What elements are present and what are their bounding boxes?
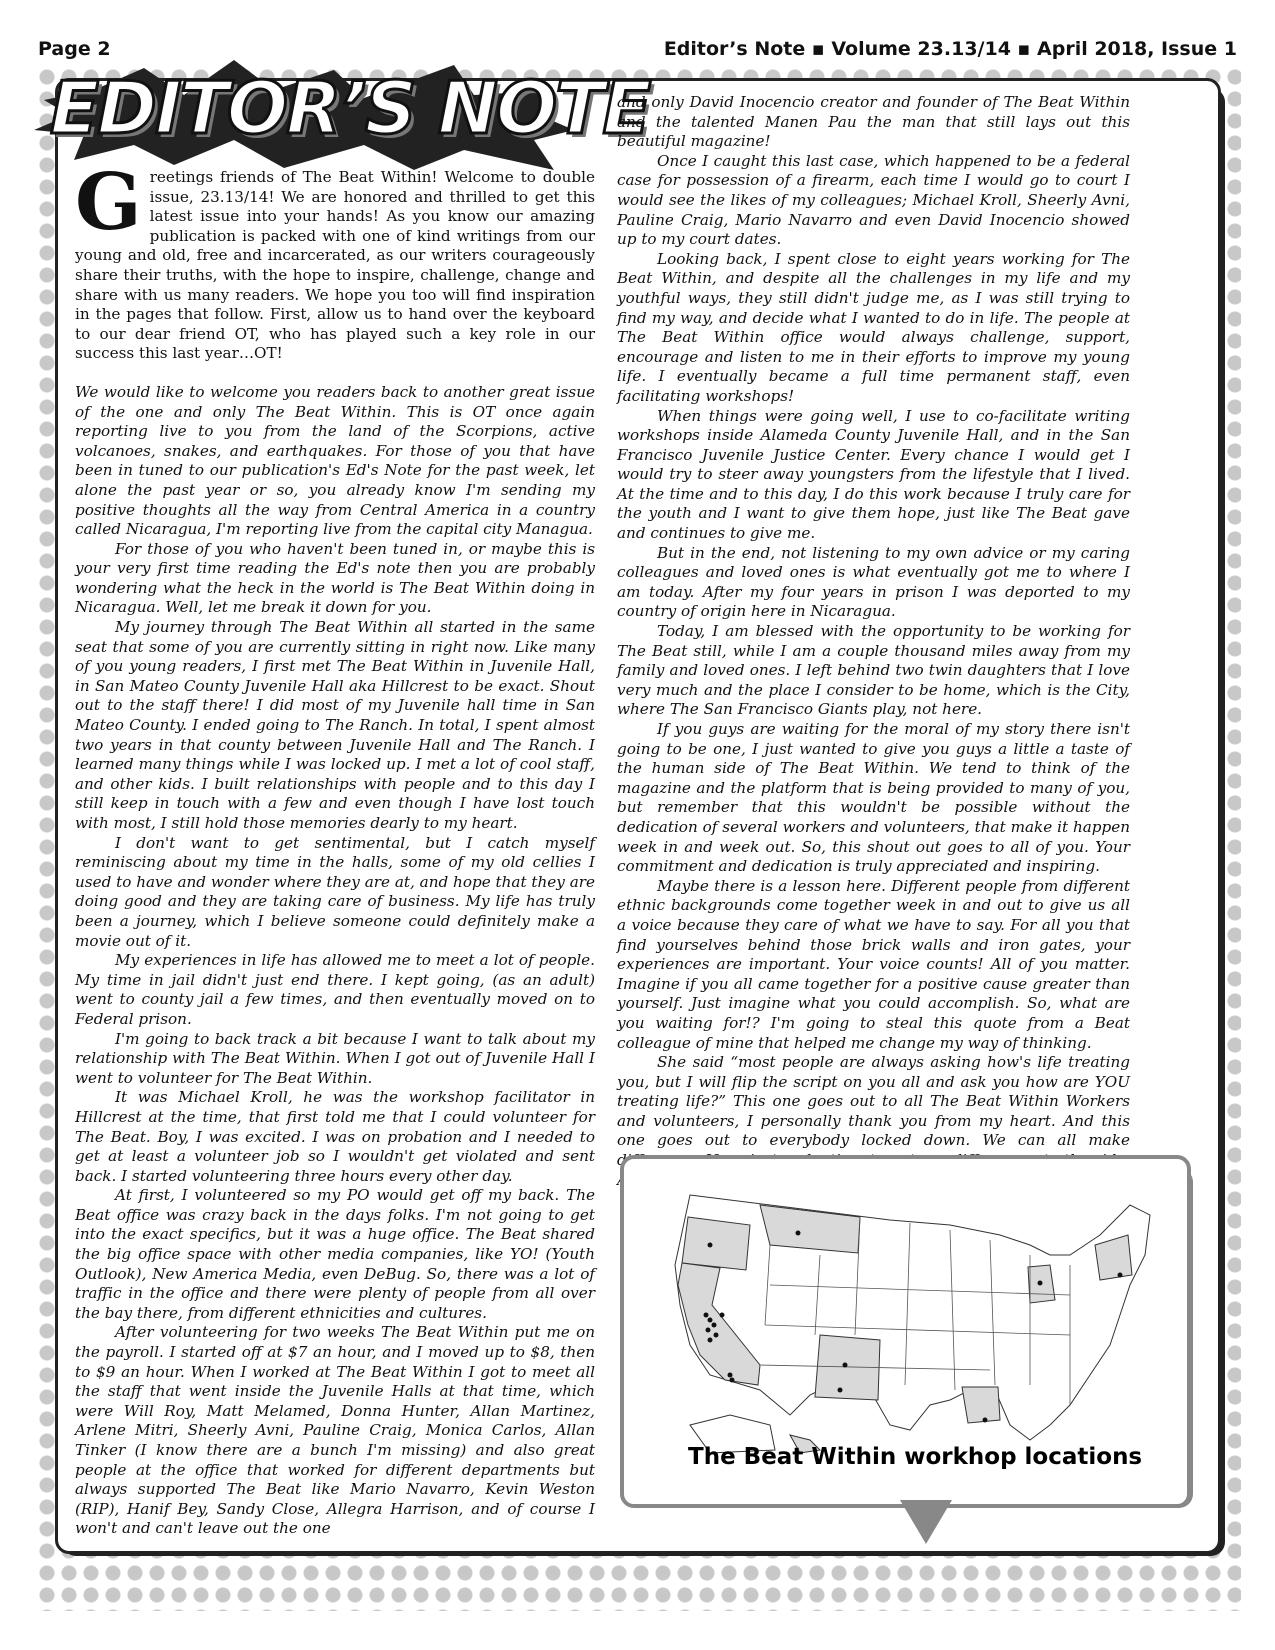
article-paragraph: Looking back, I spent close to eight yea… bbox=[617, 250, 1130, 407]
article-paragraph: But in the end, not listening to my own … bbox=[617, 544, 1130, 622]
intro-paragraph: reetings friends of The Beat Within! Wel… bbox=[75, 168, 595, 362]
article-paragraph: For those of you who haven't been tuned … bbox=[75, 540, 595, 618]
article-paragraph: It was Michael Kroll, he was the worksho… bbox=[75, 1088, 595, 1186]
article-paragraph: If you guys are waiting for the moral of… bbox=[617, 720, 1130, 877]
speech-bubble-pointer bbox=[900, 1500, 952, 1544]
article-paragraph: At first, I volunteered so my PO would g… bbox=[75, 1186, 595, 1323]
article-paragraph: After volunteering for two weeks The Bea… bbox=[75, 1323, 595, 1539]
article-paragraph: I don't want to get sentimental, but I c… bbox=[75, 834, 595, 952]
article-paragraph: Once I caught this last case, which happ… bbox=[617, 152, 1130, 250]
right-column: and only David Inocencio creator and fou… bbox=[617, 93, 1130, 1190]
us-map-icon bbox=[650, 1175, 1170, 1455]
article-paragraph: Maybe there is a lesson here. Different … bbox=[617, 877, 1130, 1053]
running-header: Editor’s Note ▪ Volume 23.13/14 ▪ April … bbox=[664, 38, 1237, 60]
article-paragraph: I'm going to back track a bit because I … bbox=[75, 1030, 595, 1089]
map-caption: The Beat Within workhop locations bbox=[688, 1444, 1142, 1470]
article-paragraph: We would like to welcome you readers bac… bbox=[75, 383, 595, 540]
article-paragraph: My experiences in life has allowed me to… bbox=[75, 951, 595, 1029]
page-title: EDITOR’S NOTE bbox=[50, 66, 650, 150]
page-number: Page 2 bbox=[38, 38, 111, 60]
article-paragraph: When things were going well, I use to co… bbox=[617, 407, 1130, 544]
article-paragraph: Today, I am blessed with the opportunity… bbox=[617, 622, 1130, 720]
left-column: Greetings friends of The Beat Within! We… bbox=[75, 168, 595, 1539]
article-paragraph: My journey through The Beat Within all s… bbox=[75, 618, 595, 834]
drop-cap: G bbox=[75, 172, 142, 234]
article-paragraph: and only David Inocencio creator and fou… bbox=[617, 93, 1130, 152]
